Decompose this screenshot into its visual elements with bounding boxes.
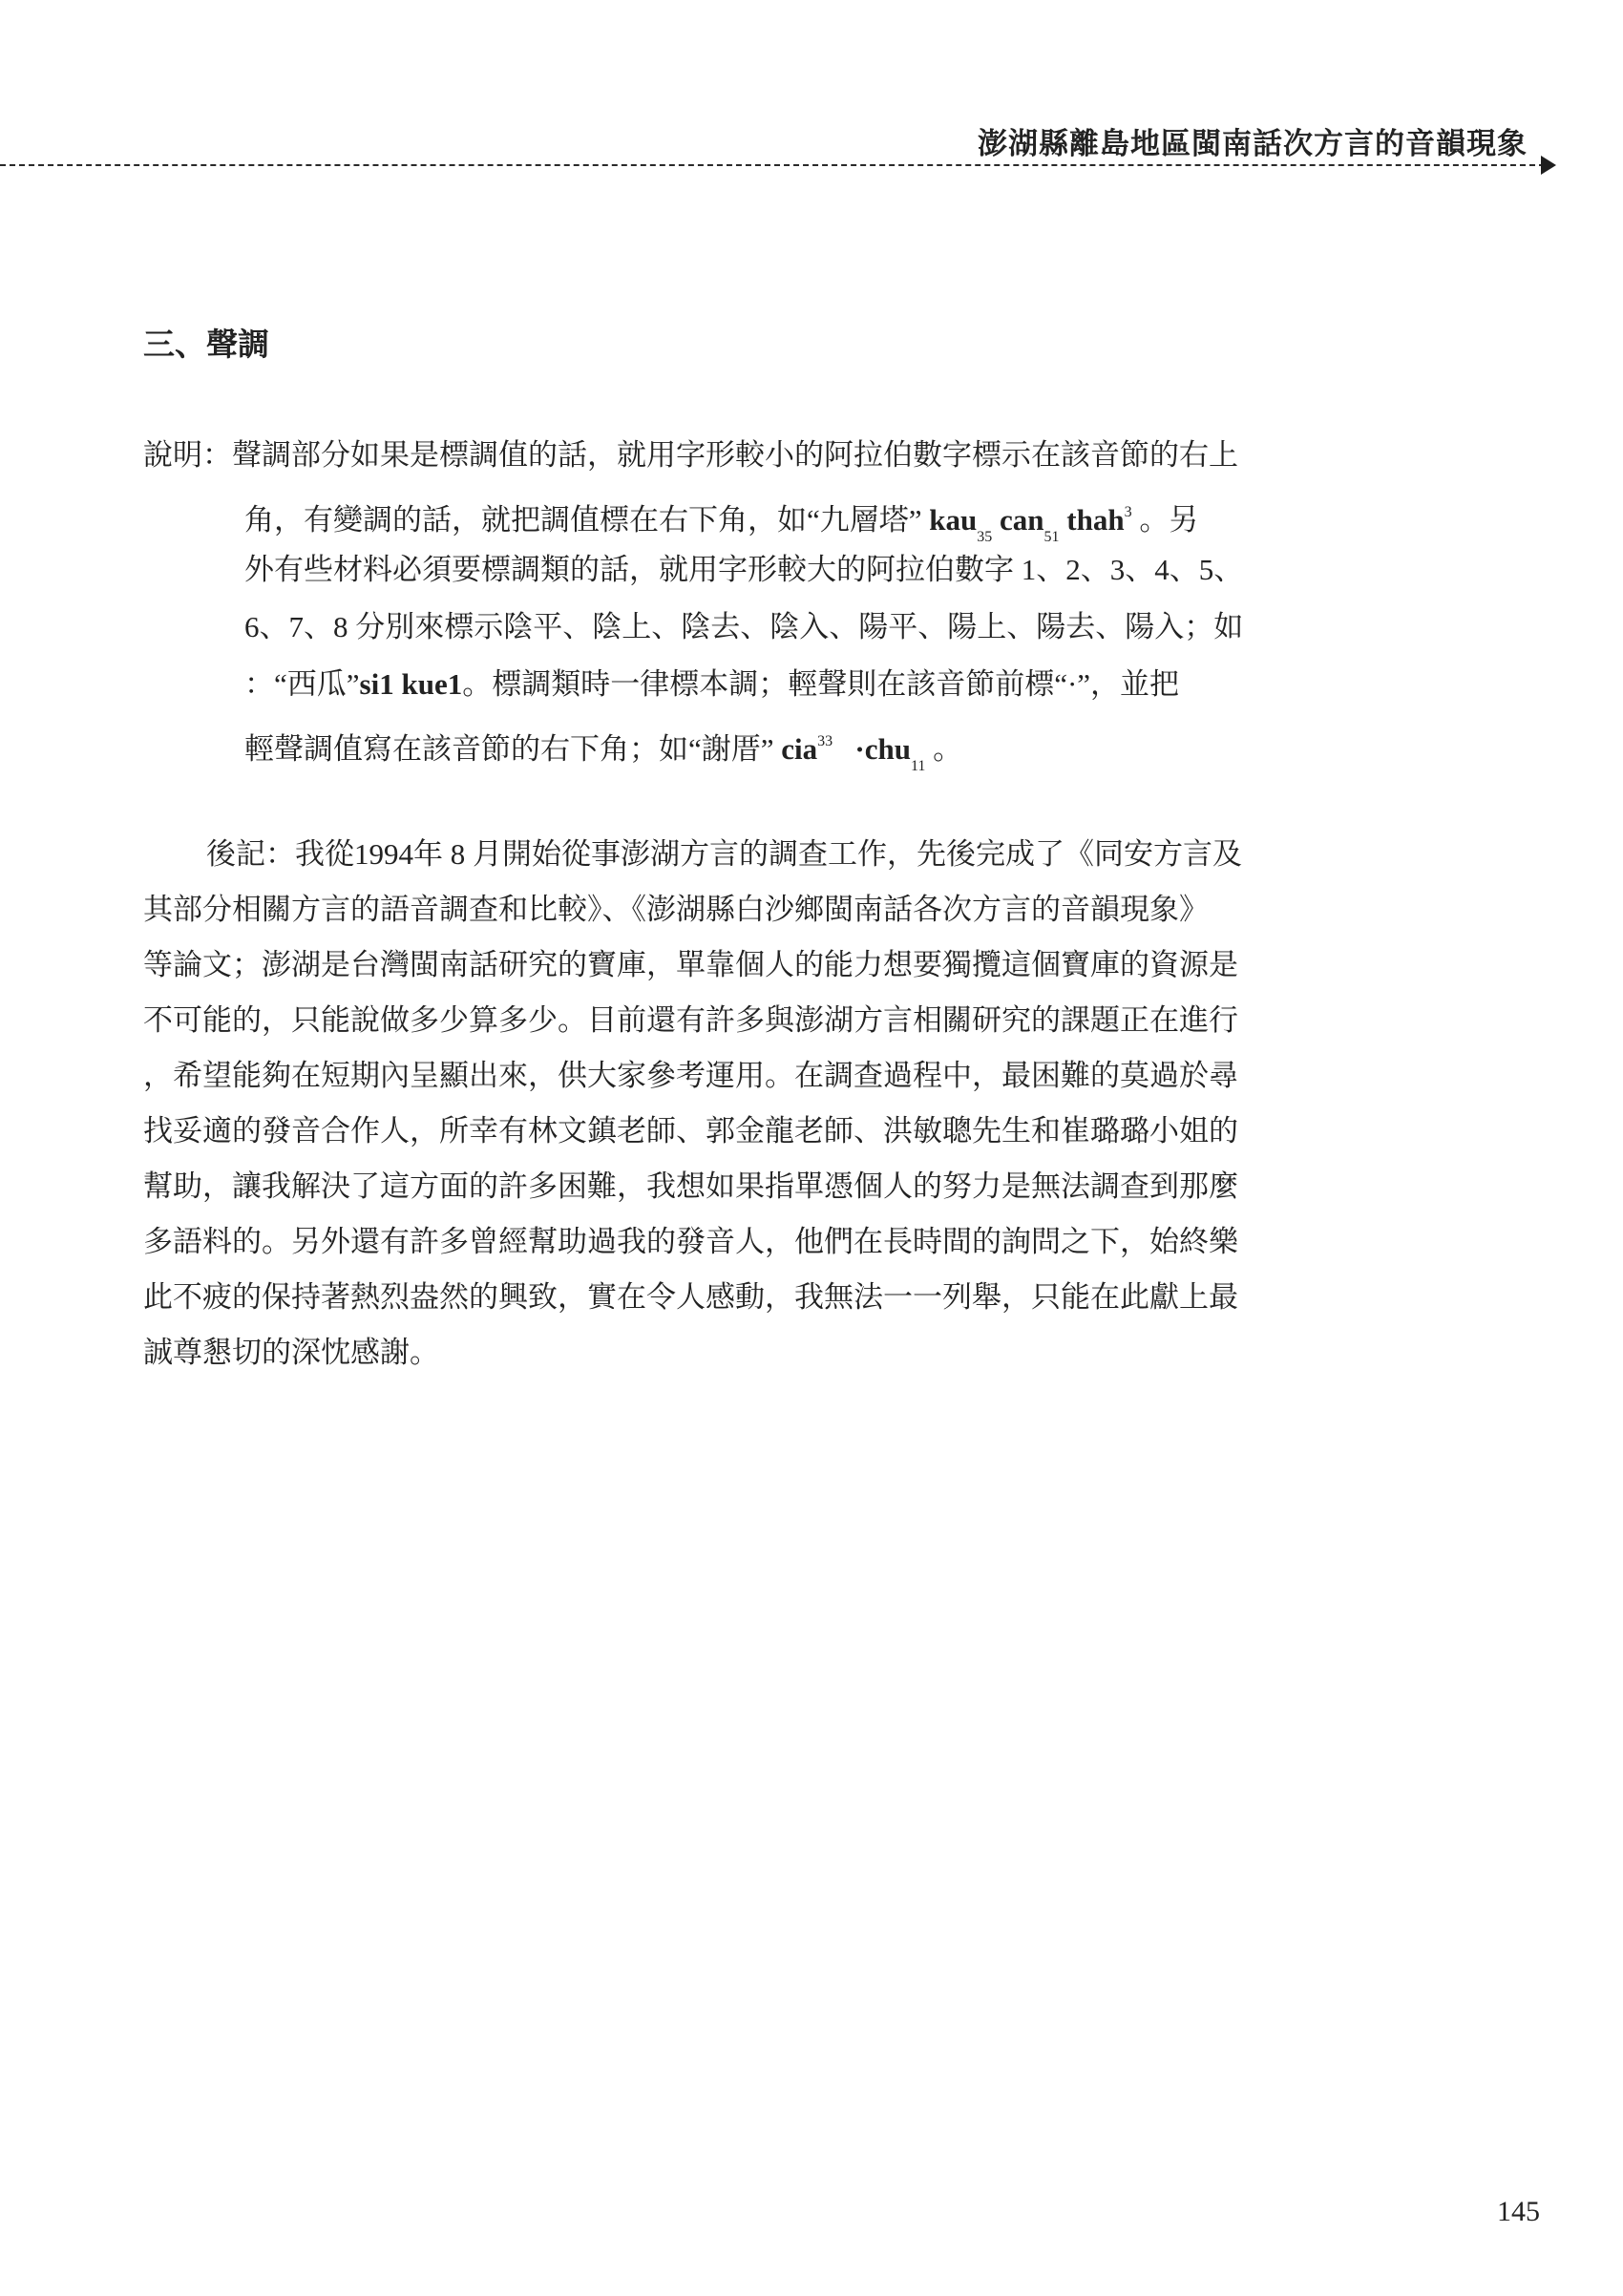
- note-text: 6、7、8 分別來標示陰平、陰上、陰去、陰入、陽平、陽上、陽去、陽入；如: [244, 610, 1243, 643]
- section-heading: 三、聲調: [143, 320, 269, 365]
- note-line: 說明：聲調部分如果是標調值的話，就用字形較小的阿拉伯數字標示在該音節的右上: [143, 427, 1403, 484]
- paragraph-line: 找妥適的發音合作人，所幸有林文鎮老師、郭金龍老師、洪敏聰先生和崔璐璐小姐的: [143, 1103, 1403, 1158]
- page-number: 145: [1497, 2196, 1540, 2228]
- syllable: can: [1000, 503, 1044, 537]
- note-text: 外有些材料必須要標調類的話，就用字形較大的阿拉伯數字 1、2、3、4、5、: [244, 553, 1243, 586]
- romanization: cia33 ·chu11: [781, 732, 925, 766]
- tone-value: 33: [817, 733, 833, 749]
- tone-notation-note: 說明：聲調部分如果是標調值的話，就用字形較小的阿拉伯數字標示在該音節的右上 角，…: [143, 427, 1403, 770]
- romanization: kau35 can51 thah3: [929, 503, 1131, 537]
- note-line: ：“西瓜”si1 kue1。標調類時一律標本調；輕聲則在該音節前標“·”，並把: [143, 656, 1403, 713]
- syllable: kau: [929, 503, 977, 537]
- arrow-right-icon: [1541, 156, 1556, 175]
- afterword-paragraph: 後記：我從1994年 8 月開始從事澎湖方言的調查工作，先後完成了《同安方言及 …: [143, 826, 1403, 1380]
- note-line: 輕聲調值寫在該音節的右下角；如“謝厝” cia33 ·chu11 。: [143, 713, 1403, 770]
- note-line: 外有些材料必須要標調類的話，就用字形較大的阿拉伯數字 1、2、3、4、5、: [143, 541, 1403, 599]
- note-text: 輕聲調值寫在該音節的右下角；如“謝厝”: [244, 732, 774, 766]
- paragraph-line: 誠尊懇切的深忱感謝。: [143, 1324, 1403, 1380]
- paragraph-line: 後記：我從1994年 8 月開始從事澎湖方言的調查工作，先後完成了《同安方言及: [143, 826, 1403, 881]
- header-dashed-rule: [0, 164, 1545, 166]
- paragraph-line: 此不疲的保持著熱烈盎然的興致，實在令人感動，我無法一一列舉，只能在此獻上最: [143, 1269, 1403, 1324]
- note-text: ：“西瓜”: [244, 667, 360, 701]
- syllable: ·chu: [854, 732, 911, 766]
- paragraph-line: 多語料的。另外還有許多曾經幫助過我的發音人，他們在長時間的詢問之下，始終樂: [143, 1213, 1403, 1269]
- paragraph-line: ，希望能夠在短期內呈顯出來，供大家參考運用。在調查過程中，最困難的莫過於尋: [143, 1047, 1403, 1103]
- note-line: 角，有變調的話，就把調值標在右下角，如“九層塔” kau35 can51 tha…: [143, 484, 1403, 541]
- tone-value: 3: [1125, 504, 1132, 520]
- syllable: thah: [1066, 503, 1124, 537]
- paragraph-line: 其部分相關方言的語音調查和比較》、《澎湖縣白沙鄉閩南話各次方言的音韻現象》: [143, 881, 1403, 937]
- note-text: 聲調部分如果是標調值的話，就用字形較小的阿拉伯數字標示在該音節的右上: [232, 438, 1238, 472]
- tone-value: 11: [911, 758, 925, 774]
- note-text: 。: [925, 732, 962, 766]
- note-line: 6、7、8 分別來標示陰平、陰上、陰去、陰入、陽平、陽上、陽去、陽入；如: [143, 599, 1403, 656]
- syllable: cia: [781, 732, 817, 766]
- paragraph-line: 等論文；澎湖是台灣閩南話研究的寶庫，單靠個人的能力想要獨攬這個寶庫的資源是: [143, 937, 1403, 992]
- note-text: 角，有變調的話，就把調值標在右下角，如“九層塔”: [244, 503, 922, 537]
- running-header-title: 澎湖縣離島地區閩南話次方言的音韻現象: [978, 119, 1528, 162]
- note-label: 說明：: [143, 438, 232, 472]
- note-text: 。另: [1132, 503, 1199, 537]
- note-text: 。標調類時一律標本調；輕聲則在該音節前標“·”，並把: [462, 667, 1179, 701]
- paragraph-line: 幫助，讓我解決了這方面的許多困難，我想如果指單憑個人的努力是無法調查到那麼: [143, 1158, 1403, 1213]
- paragraph-line: 不可能的，只能說做多少算多少。目前還有許多與澎湖方言相關研究的課題正在進行: [143, 992, 1403, 1047]
- romanization: si1 kue1: [360, 667, 463, 701]
